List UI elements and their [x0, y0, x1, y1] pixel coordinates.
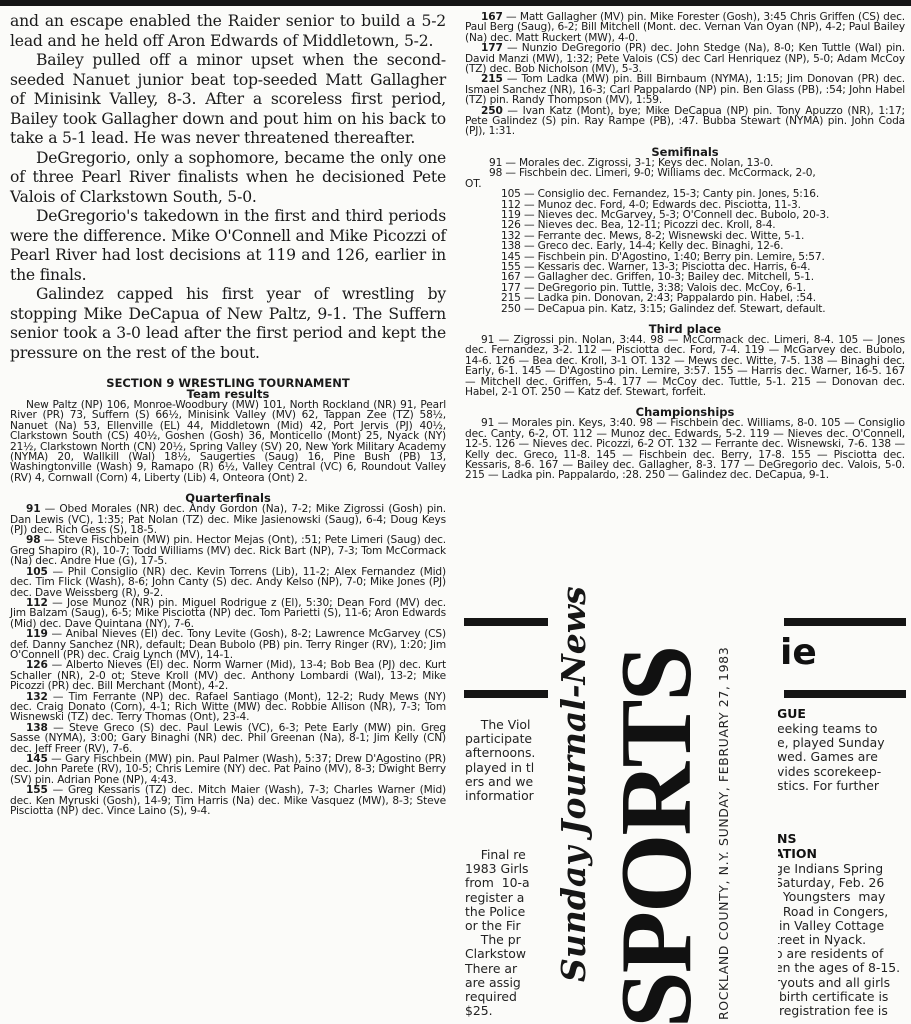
- clipped-text-left-2: Final re 1983 Girls from 10-a register a…: [465, 848, 530, 1018]
- article-paragraph: Bailey pulled off a minor upset when the…: [10, 51, 446, 149]
- semifinal-result: 138 — Greco dec. Early, 14-4; Kelly dec.…: [465, 241, 905, 251]
- semifinal-result: 250 — DeCapua pin. Katz, 3:15; Galindez …: [465, 304, 905, 314]
- clipped-text-left-1: The Viol participate afternoons. played …: [465, 718, 535, 803]
- clipped-text-right-1: eeking teams to e, played Sunday wed. Ga…: [777, 722, 885, 793]
- article-paragraph: DeGregorio's takedown in the first and t…: [10, 207, 446, 285]
- weight-class-result: 155 — Greg Kessaris (TZ) dec. Mitch Maie…: [10, 785, 446, 816]
- paper-name: Sunday Journal-News: [554, 586, 593, 982]
- article-paragraph: DeGregorio, only a sophomore, became the…: [10, 149, 446, 208]
- right-column: 167 — Matt Gallagher (MV) pin. Mike Fore…: [465, 12, 905, 481]
- article-body: and an escape enabled the Raider senior …: [10, 12, 446, 363]
- championship-results: 91 — Morales pin. Keys, 3:40. 98 — Fisch…: [465, 418, 905, 480]
- team-results-text: New Paltz (NP) 106, Monroe-Woodbury (MW)…: [10, 400, 446, 483]
- section-title: SPORTS: [598, 647, 715, 1024]
- weight-class-result: 91 — Obed Morales (NR) dec. Andy Gordon …: [10, 504, 446, 535]
- semifinal-result: 105 — Consiglio dec. Fernandez, 15-3; Ca…: [465, 189, 905, 199]
- article-paragraph: Galindez capped his first year of wrestl…: [10, 285, 446, 363]
- quarterfinals-list-left: 91 — Obed Morales (NR) dec. Andy Gordon …: [10, 504, 446, 816]
- weight-class-result: 98 — Steve Fischbein (MW) pin. Hector Me…: [10, 535, 446, 566]
- article-paragraph: and an escape enabled the Raider senior …: [10, 12, 446, 51]
- weight-class-result: 132 — Tim Ferrante (NP) dec. Rafael Sant…: [10, 692, 446, 723]
- clipped-subhead-2: NS: [777, 831, 796, 846]
- weight-class-result: 177 — Nunzio DeGregorio (PR) dec. John S…: [465, 43, 905, 74]
- weight-class-result: 138 — Steve Greco (S) dec. Paul Lewis (V…: [10, 723, 446, 754]
- semifinal-result: 215 — Ladka pin. Donovan, 2:43; Pappalar…: [465, 293, 905, 303]
- rule-top-right: [784, 618, 906, 626]
- third-place-results: 91 — Zigrossi pin. Nolan, 3:44. 98 — McC…: [465, 335, 905, 397]
- weight-class-result: 250 — Ivan Katz (Mont), bye; Mike DeCapu…: [465, 106, 905, 137]
- championship-text: 91 — Morales pin. Keys, 3:40. 98 — Fisch…: [465, 418, 905, 480]
- team-results: New Paltz (NP) 106, Monroe-Woodbury (MW)…: [10, 400, 446, 483]
- semifinal-result: 98 — Fischbein dec. Limeri, 9-0; William…: [465, 168, 905, 178]
- rule-bottom-right: [784, 690, 906, 698]
- clipped-headline-right: ie: [780, 632, 817, 673]
- left-column: and an escape enabled the Raider senior …: [10, 12, 446, 816]
- weight-class-result: 126 — Alberto Nieves (El) dec. Norm Warn…: [10, 660, 446, 691]
- weight-class-result: 215 — Tom Ladka (MW) pin. Bill Birnbaum …: [465, 74, 905, 105]
- semifinals-list: 91 — Morales dec. Zigrossi, 3-1; Keys de…: [465, 158, 905, 314]
- weight-class-result: 119 — Anibal Nieves (El) dec. Tony Levit…: [10, 629, 446, 660]
- clipped-text-right-2: ge Indians Spring Saturday, Feb. 26 Youn…: [775, 862, 900, 1018]
- quarterfinals-list-right: 167 — Matt Gallagher (MV) pin. Mike Fore…: [465, 12, 905, 137]
- weight-class-result: 112 — Jose Munoz (NR) pin. Miguel Rodrig…: [10, 598, 446, 629]
- weight-class-result: 105 — Phil Consiglio (NR) dec. Kevin Tor…: [10, 567, 446, 598]
- third-place-text: 91 — Zigrossi pin. Nolan, 3:44. 98 — McC…: [465, 335, 905, 397]
- section-masthead: Sunday Journal-News SPORTS ROCKLAND COUN…: [548, 610, 778, 1024]
- dateline: ROCKLAND COUNTY, N.Y. SUNDAY, FEBRUARY 2…: [716, 647, 731, 1020]
- clipped-subhead-league: GUE: [777, 706, 806, 721]
- weight-class-result: 167 — Matt Gallagher (MV) pin. Mike Fore…: [465, 12, 905, 43]
- top-rule: [0, 0, 911, 6]
- clipped-subhead-3: ATION: [774, 846, 817, 861]
- weight-class-result: 145 — Gary Fischbein (MW) pin. Paul Palm…: [10, 754, 446, 785]
